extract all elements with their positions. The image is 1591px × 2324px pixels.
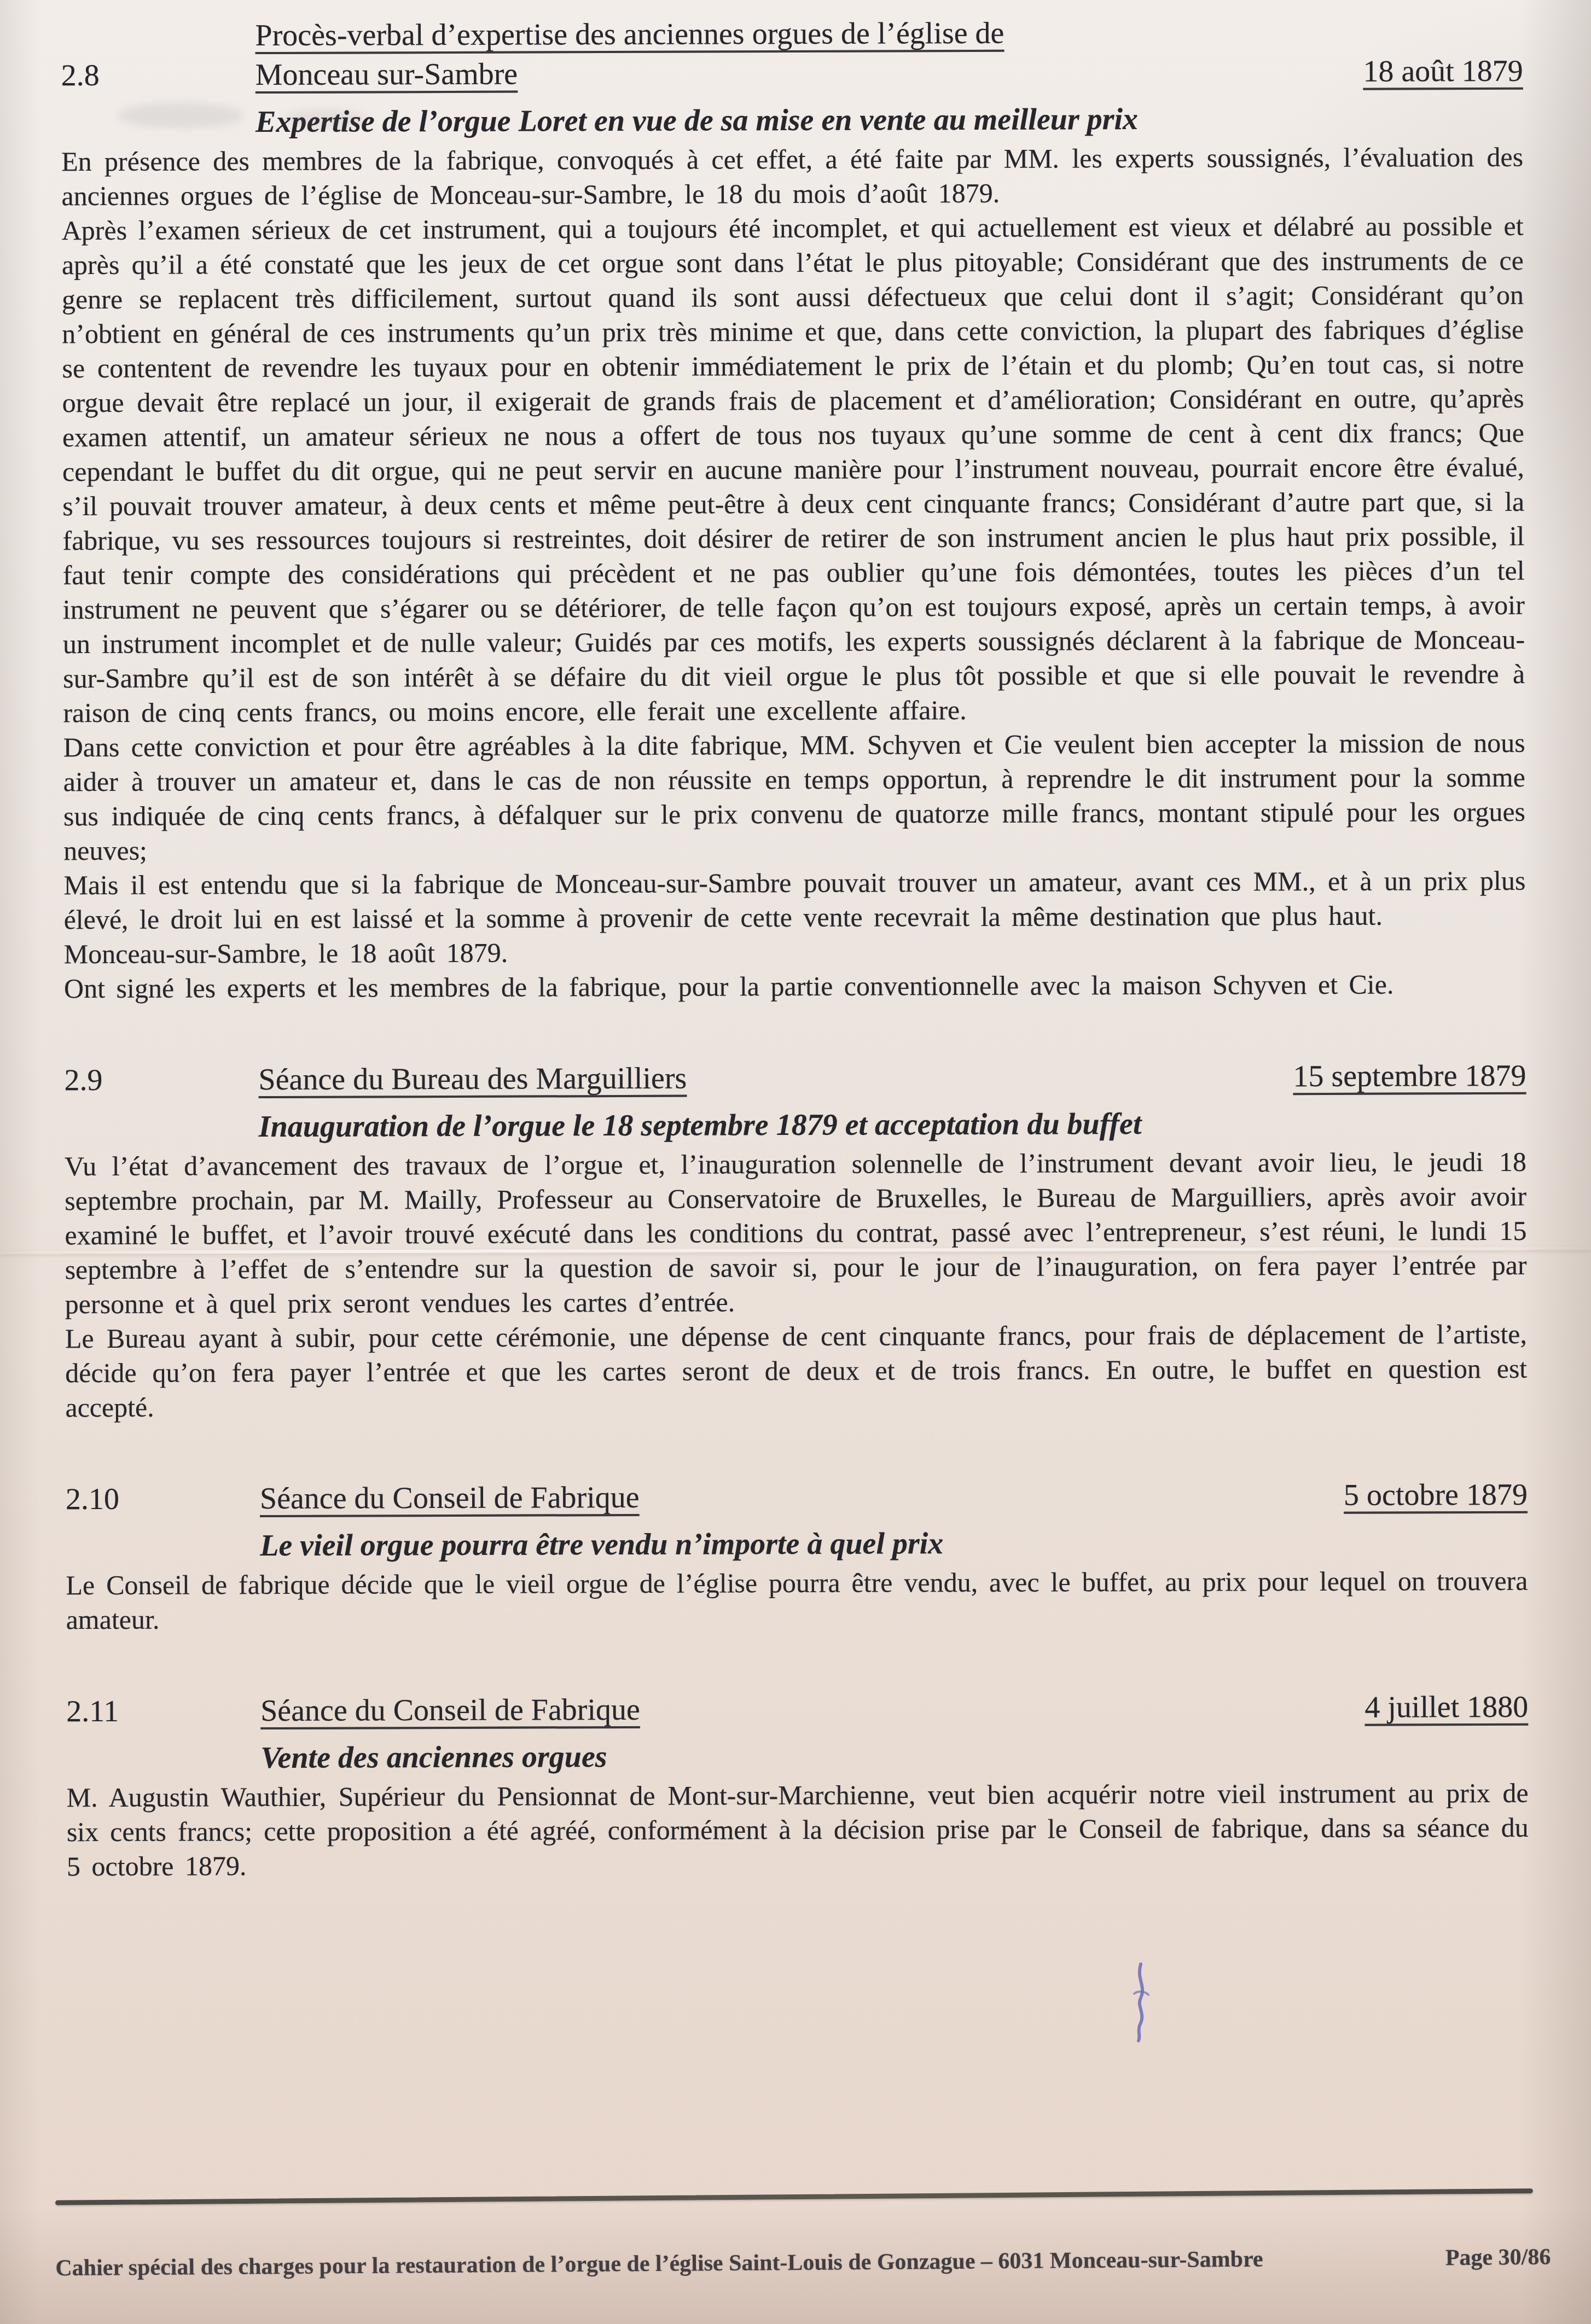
page-number: Page 30/86 [1445, 2244, 1551, 2271]
paragraph: Vu l’état d’avancement des travaux de l’… [65, 1145, 1527, 1321]
paragraph: Mais il est entendu que si la fabrique d… [63, 864, 1525, 937]
section-body: Vu l’état d’avancement des travaux de l’… [65, 1145, 1528, 1425]
section-title-line: Séance du Conseil de Fabrique [260, 1690, 640, 1731]
section-title-line: Monceau sur-Sambre [256, 53, 1004, 95]
section-body: M. Augustin Wauthier, Supérieur du Pensi… [67, 1776, 1529, 1884]
section-body: Le Conseil de fabrique décide que le vie… [66, 1564, 1528, 1637]
section-2-8: 2.8 Procès-verbal d’expertise des ancien… [61, 12, 1526, 1006]
paragraph: Le Bureau ayant à subir, pour cette céré… [65, 1317, 1528, 1425]
section-title: Séance du Conseil de Fabrique [260, 1690, 640, 1731]
section-body: En présence des membres de la fabrique, … [61, 140, 1526, 1006]
section-title-line: Procès-verbal d’expertise des anciennes … [255, 14, 1004, 55]
section-number: 2.9 [64, 1060, 258, 1100]
section-title: Séance du Conseil de Fabrique [260, 1478, 640, 1518]
section-date: 4 juillet 1880 [1364, 1687, 1528, 1727]
page-sheet: 2.8 Procès-verbal d’expertise des ancien… [0, 0, 1591, 2324]
paragraph: En présence des membres de la fabrique, … [61, 140, 1523, 213]
section-number: 2.8 [61, 55, 256, 95]
paragraph: Après l’examen sérieux de cet instrument… [62, 209, 1525, 730]
paragraph: M. Augustin Wauthier, Supérieur du Pensi… [67, 1776, 1529, 1884]
section-date: 5 octobre 1879 [1344, 1475, 1528, 1515]
section-title-line: Séance du Bureau des Marguilliers [258, 1059, 687, 1099]
section-2-9: 2.9 Séance du Bureau des Marguilliers 15… [64, 1056, 1527, 1425]
section-heading: 2.11 Séance du Conseil de Fabrique 4 jui… [66, 1687, 1528, 1731]
section-heading: 2.10 Séance du Conseil de Fabrique 5 oct… [66, 1475, 1528, 1519]
paragraph: Monceau-sur-Sambre, le 18 août 1879. [64, 933, 1526, 971]
section-heading: 2.8 Procès-verbal d’expertise des ancien… [61, 12, 1523, 95]
section-title: Séance du Bureau des Marguilliers [258, 1059, 687, 1099]
section-2-11: 2.11 Séance du Conseil de Fabrique 4 jui… [66, 1687, 1529, 1884]
paragraph: Le Conseil de fabrique décide que le vie… [66, 1564, 1528, 1637]
section-subtitle: Le vieil orgue pourra être vendu n’impor… [260, 1523, 1528, 1564]
section-title: Procès-verbal d’expertise des anciennes … [255, 14, 1004, 95]
section-title-line: Séance du Conseil de Fabrique [260, 1478, 640, 1518]
section-subtitle: Vente des anciennes orgues [260, 1735, 1528, 1777]
section-heading: 2.9 Séance du Bureau des Marguilliers 15… [64, 1056, 1526, 1100]
page-content: 2.8 Procès-verbal d’expertise des ancien… [61, 12, 1529, 1884]
section-number: 2.11 [66, 1691, 260, 1731]
paragraph: Ont signé les experts et les membres de … [64, 967, 1526, 1006]
section-number: 2.10 [66, 1479, 260, 1519]
paragraph: Dans cette conviction et pour être agréa… [63, 726, 1526, 868]
section-2-10: 2.10 Séance du Conseil de Fabrique 5 oct… [66, 1475, 1528, 1637]
section-date: 18 août 1879 [1363, 51, 1523, 91]
page-footer: Cahier spécial des charges pour la resta… [55, 2244, 1551, 2282]
footer-rule [55, 2188, 1533, 2205]
section-subtitle: Inauguration de l’orgue le 18 septembre … [259, 1104, 1526, 1145]
section-subtitle: Expertise de l’orgue Loret en vue de sa … [256, 100, 1523, 141]
section-date: 15 septembre 1879 [1293, 1056, 1526, 1096]
footer-caption: Cahier spécial des charges pour la resta… [55, 2246, 1263, 2282]
